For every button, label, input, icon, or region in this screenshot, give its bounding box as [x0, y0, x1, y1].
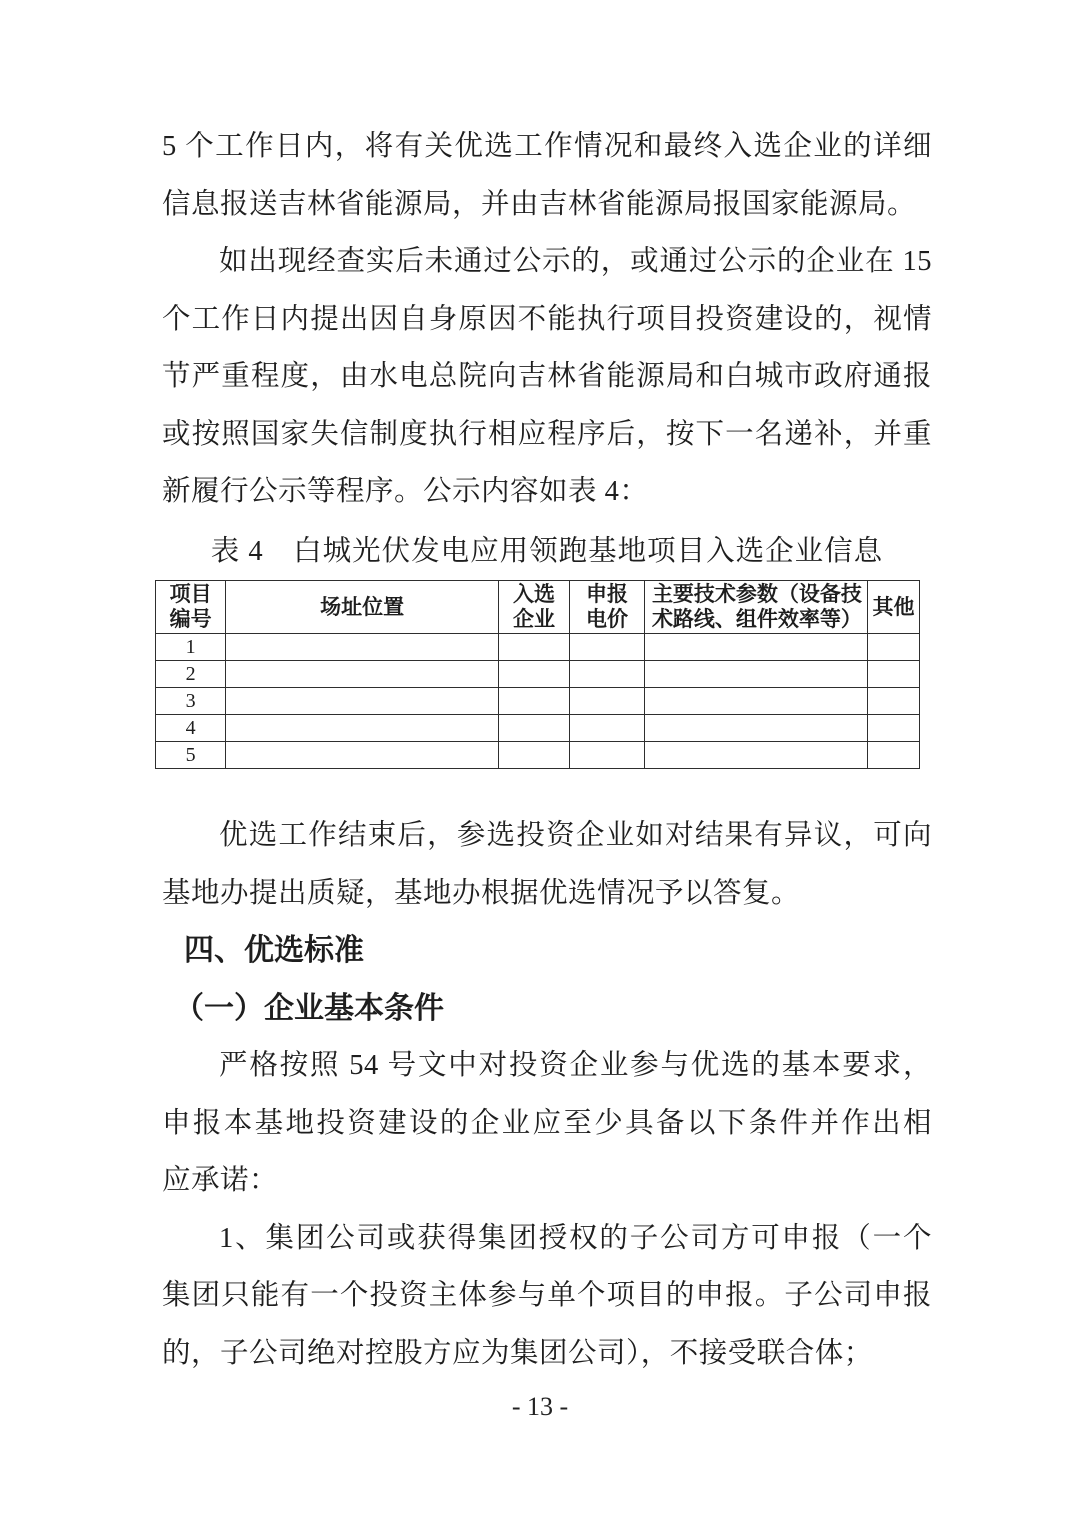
row-number-cell: 4	[156, 715, 226, 742]
text-line: 集团只能有一个投资主体参与单个项目的申报。子公司申报	[162, 1267, 932, 1325]
header-project-number: 项目 编号	[156, 581, 226, 634]
section-heading-selection-criteria: 四、优选标准	[162, 922, 932, 980]
row-number-cell: 2	[156, 661, 226, 688]
row-number-cell: 1	[156, 634, 226, 661]
document-page: { "doc": { "paragraphs": { "p1": [ "5 个工…	[0, 0, 1080, 1527]
row-number-cell: 3	[156, 688, 226, 715]
table-row: 4	[156, 715, 920, 742]
empty-cell	[644, 661, 867, 688]
header-other: 其他	[868, 581, 920, 634]
text-line: 严格按照 54 号文中对投资企业参与优选的基本要求，	[162, 1037, 932, 1095]
empty-cell	[868, 715, 920, 742]
paragraph-publicity-process: 如出现经查实后未通过公示的，或通过公示的企业在 15 个工作日内提出因自身原因不…	[162, 233, 932, 521]
selected-enterprises-table: 项目 编号 场址位置 入选 企业 申报 电价 主要技术参数（设备技 术路线、组件…	[155, 580, 920, 769]
empty-cell	[226, 634, 499, 661]
empty-cell	[499, 688, 570, 715]
page-content: 5 个工作日内，将有关优选工作情况和最终入选企业的详细 信息报送吉林省能源局，并…	[0, 0, 1080, 1382]
table-row: 5	[156, 742, 920, 769]
paragraph-carryover: 5 个工作日内，将有关优选工作情况和最终入选企业的详细 信息报送吉林省能源局，并…	[162, 118, 932, 233]
text-line: 或按照国家失信制度执行相应程序后，按下一名递补，并重	[162, 406, 932, 464]
empty-cell	[499, 661, 570, 688]
empty-cell	[499, 715, 570, 742]
text-line: 节严重程度，由水电总院向吉林省能源局和白城市政府通报	[162, 348, 932, 406]
empty-cell	[644, 715, 867, 742]
empty-cell	[868, 688, 920, 715]
text-line: 信息报送吉林省能源局，并由吉林省能源局报国家能源局。	[162, 176, 932, 234]
empty-cell	[499, 742, 570, 769]
text-line: 的，子公司绝对控股方应为集团公司），不接受联合体；	[162, 1325, 932, 1383]
empty-cell	[868, 742, 920, 769]
header-technical-parameters: 主要技术参数（设备技 术路线、组件效率等）	[644, 581, 867, 634]
text-line: 基地办提出质疑，基地办根据优选情况予以答复。	[162, 865, 932, 923]
empty-cell	[226, 688, 499, 715]
empty-cell	[499, 634, 570, 661]
empty-cell	[868, 661, 920, 688]
text-line: 新履行公示等程序。公示内容如表 4：	[162, 463, 932, 521]
empty-cell	[644, 742, 867, 769]
text-line: 个工作日内提出因自身原因不能执行项目投资建设的，视情	[162, 291, 932, 349]
table-caption: 表 4 白城光伏发电应用领跑基地项目入选企业信息	[162, 523, 932, 581]
empty-cell	[226, 715, 499, 742]
text-line: 1、集团公司或获得集团授权的子公司方可申报（一个	[162, 1210, 932, 1268]
page-number: - 13 -	[0, 1392, 1080, 1422]
empty-cell	[644, 634, 867, 661]
table-row: 1	[156, 634, 920, 661]
header-declared-price: 申报 电价	[570, 581, 645, 634]
paragraph-requirements: 严格按照 54 号文中对投资企业参与优选的基本要求， 申报本基地投资建设的企业应…	[162, 1037, 932, 1210]
empty-cell	[570, 634, 645, 661]
empty-cell	[226, 742, 499, 769]
subsection-heading-basic-conditions: （一）企业基本条件	[162, 980, 932, 1038]
header-selected-enterprise: 入选 企业	[499, 581, 570, 634]
empty-cell	[644, 688, 867, 715]
empty-cell	[570, 661, 645, 688]
text-line: 优选工作结束后，参选投资企业如对结果有异议，可向	[162, 807, 932, 865]
header-site-location: 场址位置	[226, 581, 499, 634]
empty-cell	[570, 742, 645, 769]
text-line: 如出现经查实后未通过公示的，或通过公示的企业在 15	[162, 233, 932, 291]
paragraph-objection: 优选工作结束后，参选投资企业如对结果有异议，可向 基地办提出质疑，基地办根据优选…	[162, 807, 932, 922]
table-row: 3	[156, 688, 920, 715]
spacer	[162, 769, 932, 807]
paragraph-condition-1: 1、集团公司或获得集团授权的子公司方可申报（一个 集团只能有一个投资主体参与单个…	[162, 1210, 932, 1383]
table-row: 2	[156, 661, 920, 688]
empty-cell	[868, 634, 920, 661]
empty-cell	[570, 715, 645, 742]
empty-cell	[226, 661, 499, 688]
text-line: 申报本基地投资建设的企业应至少具备以下条件并作出相	[162, 1095, 932, 1153]
row-number-cell: 5	[156, 742, 226, 769]
text-line: 应承诺：	[162, 1152, 932, 1210]
table-header-row: 项目 编号 场址位置 入选 企业 申报 电价 主要技术参数（设备技 术路线、组件…	[156, 581, 920, 634]
text-line: 5 个工作日内，将有关优选工作情况和最终入选企业的详细	[162, 118, 932, 176]
empty-cell	[570, 688, 645, 715]
